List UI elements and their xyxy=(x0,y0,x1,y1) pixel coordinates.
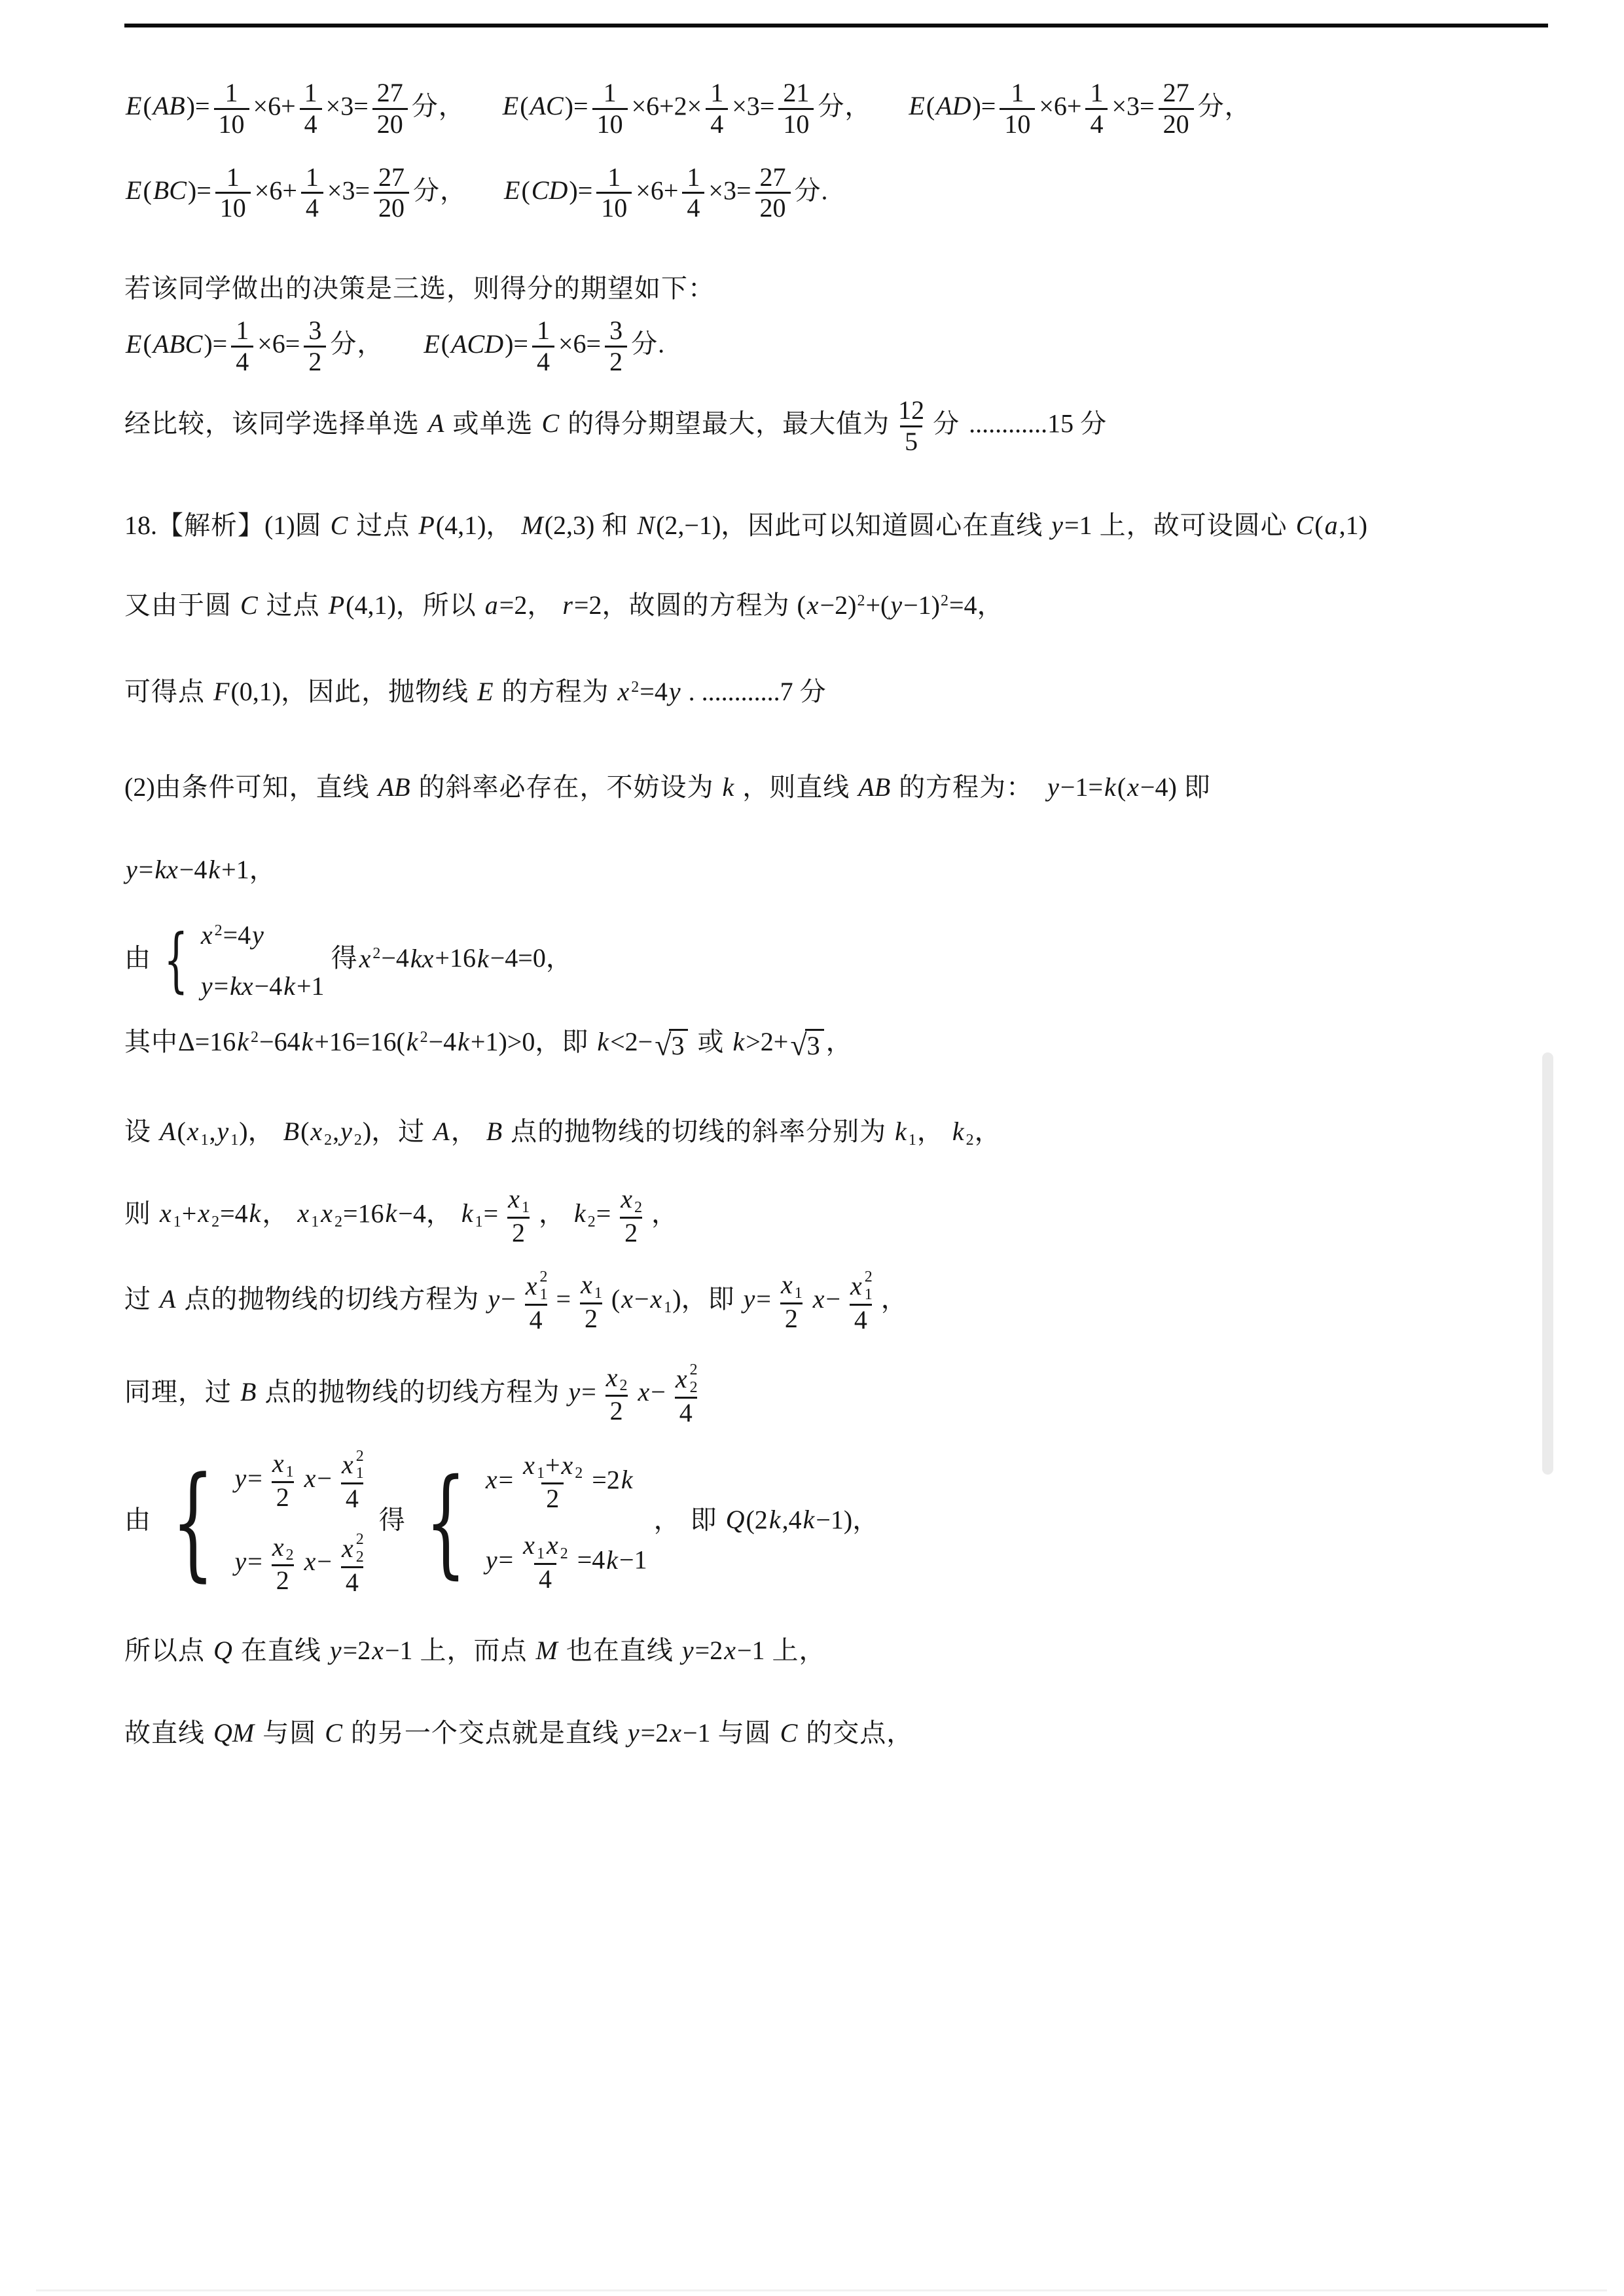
text-run: ，因此可以知道圆心在直线 xyxy=(721,511,1050,540)
math-number: 20 xyxy=(377,109,403,139)
math-number: 1 xyxy=(304,78,317,107)
fraction: 14 xyxy=(301,163,323,224)
math-number: = xyxy=(247,1463,262,1493)
math-number: −1 xyxy=(619,1545,647,1575)
math-variable: k xyxy=(207,855,221,884)
math-variable: y xyxy=(329,1636,343,1665)
math-number: −4 xyxy=(381,944,409,973)
text-run: 所以点 xyxy=(124,1636,212,1665)
math-number: ) xyxy=(672,1284,681,1314)
text-run: 分 xyxy=(933,408,960,438)
fraction-denominator: 20 xyxy=(755,192,791,223)
math-number: (4,1) xyxy=(436,511,486,540)
math-number: = xyxy=(214,971,229,1001)
math-variable: x xyxy=(340,1534,355,1564)
sub-sup-stack: x22 xyxy=(674,1361,698,1397)
superscript: 2 xyxy=(356,1531,364,1549)
math-number: )= xyxy=(565,91,588,120)
fraction-numerator: 27 xyxy=(374,163,409,192)
text-run: ， xyxy=(977,590,1004,620)
math-number: − xyxy=(317,1547,332,1576)
math-number: ,4 xyxy=(782,1505,802,1534)
math-number: ( xyxy=(441,329,450,359)
math-variable: a xyxy=(1324,511,1339,540)
fraction-denominator: 4 xyxy=(525,1304,547,1335)
text-run: 分 xyxy=(818,91,844,120)
fraction-denominator: 2 xyxy=(780,1302,803,1334)
math-number: −1) xyxy=(903,590,940,620)
math-number: =2 xyxy=(343,1636,371,1665)
text-run: 点的抛物线的切线的斜率分别为 xyxy=(503,1117,893,1146)
text-run: ，故圆的方程为 xyxy=(602,590,797,620)
text-run: 分 xyxy=(412,91,439,120)
equation-system: {y=x12x−x214y=x22x−x224 xyxy=(154,1448,372,1598)
fraction-denominator: 4 xyxy=(534,1563,556,1594)
fraction-numerator: 1 xyxy=(599,79,621,108)
fraction-numerator: x1 xyxy=(502,1185,535,1217)
superscript: 2 xyxy=(865,1268,873,1286)
math-variable: QM xyxy=(212,1718,255,1748)
math-variable: x xyxy=(200,920,214,950)
math-number: − xyxy=(634,1284,649,1314)
fraction: 2720 xyxy=(374,163,409,224)
math-number: ×3= xyxy=(1111,91,1154,120)
math-variable: A xyxy=(432,1117,450,1146)
subscript: 1 xyxy=(794,1285,803,1302)
math-number: ×6+ xyxy=(253,91,296,120)
math-variable: x xyxy=(780,1270,794,1299)
math-number: −4=0 xyxy=(490,944,546,973)
text-run: 上，故可设圆心 xyxy=(1092,511,1295,540)
text-run: ，则直线 xyxy=(735,772,857,802)
math-number: 1 xyxy=(1090,78,1103,107)
system-row: y=x1x24=4k−1 xyxy=(484,1531,647,1594)
math-number: ) xyxy=(363,1117,371,1146)
fraction: 14 xyxy=(231,316,253,377)
math-number: 20 xyxy=(378,193,405,223)
math-variable: CD xyxy=(530,175,569,205)
math-variable: F xyxy=(212,677,230,706)
fraction-denominator: 2 xyxy=(304,346,326,377)
text-run: 设 xyxy=(124,1117,158,1146)
fraction-denominator: 10 xyxy=(592,108,628,139)
math-number: 1 xyxy=(710,78,723,107)
fraction-numerator: 27 xyxy=(372,79,408,108)
text-run: ， xyxy=(852,1505,879,1534)
subscript: 2 xyxy=(356,1549,364,1566)
math-variable: BC xyxy=(152,175,188,205)
subscript: 1 xyxy=(594,1285,603,1302)
fraction-denominator: 4 xyxy=(675,1397,697,1428)
math-number: =4 xyxy=(220,1198,248,1228)
math-variable: x xyxy=(812,1284,826,1314)
math-variable: M xyxy=(520,511,544,540)
math-number: −4 xyxy=(398,1198,426,1228)
left-brace-icon: { xyxy=(171,1467,215,1578)
fraction-denominator: 4 xyxy=(682,192,704,223)
math-number: = xyxy=(596,1198,611,1228)
math-number: 4 xyxy=(1090,109,1103,139)
math-variable: x xyxy=(806,590,820,620)
math-number: =2 xyxy=(499,590,528,620)
math-number: −4 xyxy=(255,971,283,1001)
math-variable: x xyxy=(522,1530,536,1560)
text-run: 其中 xyxy=(124,1027,178,1056)
text-run: ， xyxy=(826,1027,853,1056)
subscript: 1 xyxy=(908,1132,917,1149)
math-variable: N xyxy=(636,511,656,540)
math-number: =2 xyxy=(695,1636,723,1665)
math-number: +1)>0 xyxy=(471,1027,535,1056)
fraction: x214 xyxy=(844,1268,877,1335)
math-variable: k xyxy=(300,1027,315,1056)
math-number: ,1) xyxy=(1339,511,1367,540)
radicand: 3 xyxy=(669,1029,688,1060)
math-number: 1 xyxy=(306,162,319,192)
math-variable: B xyxy=(239,1377,257,1407)
radical: √3 xyxy=(790,1029,823,1060)
text-run: 分 xyxy=(1198,91,1225,120)
math-number: (4,1) xyxy=(346,590,396,620)
text-run: 的另一个交点就是直线 xyxy=(344,1718,626,1748)
math-number: = xyxy=(139,855,154,884)
sub-sup-stack: x22 xyxy=(340,1531,364,1566)
subscript: 1 xyxy=(285,1463,295,1480)
fraction-numerator: x1 xyxy=(775,1270,808,1302)
fraction: 14 xyxy=(1085,79,1108,139)
fraction: x22 xyxy=(615,1185,647,1247)
math-number: =4 xyxy=(223,920,251,950)
fraction-denominator: 10 xyxy=(596,192,632,223)
math-number: + xyxy=(545,1450,560,1480)
fraction-numerator: 3 xyxy=(304,316,326,346)
math-number: 5 xyxy=(905,427,918,456)
subscript: 1 xyxy=(173,1213,182,1230)
text-run: 过点 xyxy=(259,590,327,620)
subscript: 2 xyxy=(211,1213,220,1230)
fraction-denominator: 2 xyxy=(580,1302,602,1334)
text-run: 则 xyxy=(124,1198,158,1228)
text-run: ， xyxy=(262,1198,296,1228)
fraction: 125 xyxy=(893,396,929,457)
vieta-relations: 则 x1+x2=4k， x1x2=16k−4， k1=x12， k2=x22， xyxy=(124,1185,1578,1247)
discriminant-line: 其中Δ=16k2−64k+16=16(k2−4k+1)>0，即 k<2−√3 或… xyxy=(124,1025,1578,1060)
math-number: + xyxy=(182,1198,197,1228)
math-number: 10 xyxy=(601,193,627,223)
vertical-scrollbar-thumb[interactable] xyxy=(1542,1052,1553,1475)
text-run: ， xyxy=(881,1284,908,1314)
math-number: <2− xyxy=(610,1027,653,1056)
text-run: 由 xyxy=(124,944,151,973)
fraction-numerator: x2 xyxy=(266,1533,299,1565)
math-variable: AB xyxy=(857,772,892,802)
math-number: >2+ xyxy=(746,1027,788,1056)
text-run: 的交点， xyxy=(799,1718,913,1748)
math-number: −4 xyxy=(429,1027,457,1056)
math-variable: k xyxy=(236,1027,250,1056)
system-row: y=x22x−x224 xyxy=(234,1531,372,1598)
fraction-numerator: x1 xyxy=(575,1270,607,1302)
problem18-part2-line1: (2)由条件可知，直线 AB 的斜率必存在，不妨设为 k ，则直线 AB 的方程… xyxy=(124,770,1578,804)
math-number: +1 xyxy=(221,855,249,884)
math-variable: B xyxy=(282,1117,300,1146)
math-number: ( xyxy=(177,1117,185,1146)
fraction-numerator: 1 xyxy=(603,163,625,192)
math-number: 4 xyxy=(346,1568,359,1597)
math-number: 3 xyxy=(609,315,623,345)
math-number: ， xyxy=(844,91,871,120)
math-variable: E xyxy=(503,175,521,205)
math-number: . ............7 xyxy=(682,677,800,706)
superscript: 2 xyxy=(420,1029,429,1046)
expectation-pair-row-2: E(BC)=110×6+14×3=2720分，E(CD)=110×6+14×3=… xyxy=(124,163,1578,224)
text-run: 分 xyxy=(795,175,821,205)
math-variable: Q xyxy=(725,1505,746,1534)
math-variable: y xyxy=(251,920,265,950)
math-variable: a xyxy=(484,590,499,620)
fraction-denominator: 10 xyxy=(215,192,251,223)
fraction: x12 xyxy=(775,1270,808,1333)
math-variable: AD xyxy=(935,91,972,120)
fraction-numerator: 1 xyxy=(1006,79,1028,108)
fraction-numerator: 3 xyxy=(605,316,627,346)
subscript: 1 xyxy=(230,1132,239,1149)
math-variable: x xyxy=(358,944,372,973)
fraction: 2720 xyxy=(1159,79,1194,139)
math-number: Δ=16 xyxy=(178,1027,236,1056)
expectation-pair-row-1: E(AB)=110×6+14×3=2720分，E(AC)=110×6+2×14×… xyxy=(124,79,1578,139)
math-number: ( xyxy=(611,1284,620,1314)
text-run: ， xyxy=(546,944,573,973)
superscript: 2 xyxy=(940,592,949,609)
math-number: 4 xyxy=(304,109,317,139)
math-variable: x xyxy=(484,1465,499,1494)
math-variable: x xyxy=(309,1117,323,1146)
subscript: 1 xyxy=(475,1213,484,1230)
system-rows: x2=4yy=kx−4k+1 xyxy=(200,918,325,1003)
math-number: 12 xyxy=(898,395,924,425)
substitution-system: 由{x2=4yy=kx−4k+1得x2−4kx+16k−4=0， xyxy=(124,918,1578,1003)
math-variable: E xyxy=(501,91,520,120)
math-number: = xyxy=(581,1377,596,1407)
fraction-denominator: 2 xyxy=(605,346,627,377)
fraction-numerator: x1+x2 xyxy=(517,1451,588,1483)
math-variable: k xyxy=(768,1505,782,1534)
subscript: 2 xyxy=(634,1199,643,1216)
math-number: ( xyxy=(1117,772,1126,802)
fraction: x22 xyxy=(600,1363,633,1426)
math-variable: k xyxy=(456,1027,471,1056)
equation-system: {x2=4yy=kx−4k+1 xyxy=(154,918,325,1003)
fraction: x1x24 xyxy=(517,1531,573,1594)
math-number: (0,1) xyxy=(230,677,281,706)
fraction-numerator: x1 xyxy=(266,1449,299,1481)
math-number: 10 xyxy=(783,109,809,139)
math-variable: k xyxy=(721,772,736,802)
sub-sup-stack: x21 xyxy=(340,1448,364,1483)
text-run: 由 xyxy=(124,1505,151,1534)
fraction-numerator: 1 xyxy=(231,316,253,346)
fraction: 110 xyxy=(1000,79,1035,139)
math-variable: k xyxy=(1103,772,1117,802)
system-row: x=x1+x22=2k xyxy=(484,1451,634,1514)
page-bottom-rule xyxy=(36,2289,1607,2291)
math-number: ( xyxy=(521,175,530,205)
math-number: 4 xyxy=(346,1484,359,1513)
math-number: )= xyxy=(188,175,211,205)
math-variable: y xyxy=(234,1547,248,1576)
math-number: 4 xyxy=(854,1305,867,1335)
math-variable: x xyxy=(303,1463,317,1493)
fraction: 2720 xyxy=(372,79,408,139)
text-run: 分 xyxy=(1080,408,1107,438)
math-variable: AB xyxy=(377,772,412,802)
math-number: ) xyxy=(239,1117,247,1146)
math-variable: A xyxy=(158,1284,177,1314)
math-number: ×6+ xyxy=(255,175,297,205)
math-variable: k xyxy=(620,1465,634,1494)
math-number: = xyxy=(484,1198,499,1228)
math-number: 1 xyxy=(537,315,550,345)
text-run: 过点 xyxy=(349,511,417,540)
radicand: 3 xyxy=(805,1029,824,1060)
text-run: ， xyxy=(917,1117,951,1146)
text-run: 或 xyxy=(690,1027,731,1056)
math-number: 4 xyxy=(679,1398,693,1427)
fraction-numerator: x2 xyxy=(600,1363,633,1395)
fraction-numerator: x2 xyxy=(615,1185,647,1217)
fraction-denominator: 10 xyxy=(214,108,249,139)
fraction-numerator: x21 xyxy=(844,1268,877,1304)
math-number: ， xyxy=(1225,91,1251,120)
text-run: ，过 xyxy=(371,1117,432,1146)
math-variable: E xyxy=(124,329,143,359)
fraction-numerator: 27 xyxy=(1159,79,1194,108)
superscript: 2 xyxy=(372,945,381,962)
math-number: 2 xyxy=(276,1566,289,1595)
superscript: 2 xyxy=(214,922,223,939)
math-number: =16 xyxy=(343,1198,384,1228)
math-number: 10 xyxy=(219,109,245,139)
math-number: 18. xyxy=(124,511,157,540)
fraction-numerator: x22 xyxy=(670,1361,702,1397)
text-run: 故直线 xyxy=(124,1718,212,1748)
fraction-numerator: x21 xyxy=(520,1268,552,1304)
script-stack: 22 xyxy=(690,1361,698,1397)
system-row: x2=4y xyxy=(200,918,265,952)
math-variable: y xyxy=(339,1117,353,1146)
text-run: 分 xyxy=(800,677,827,706)
text-run: 点的抛物线的切线方程为 xyxy=(177,1284,486,1314)
subscript: 2 xyxy=(353,1132,363,1149)
math-variable: k xyxy=(893,1117,908,1146)
math-number: =2 xyxy=(592,1465,620,1494)
math-number: ×3= xyxy=(326,91,369,120)
math-number: 3 xyxy=(308,315,321,345)
fraction-numerator: 1 xyxy=(1085,79,1108,108)
math-number: +16=16( xyxy=(314,1027,405,1056)
problem18-part1-line1: 18.【解析】(1)圆 C 过点 P(4,1)， M(2,3) 和 N(2,−1… xyxy=(124,509,1578,543)
subscript: 1 xyxy=(536,1545,545,1562)
subscript: 2 xyxy=(619,1377,628,1394)
fraction-denominator: 2 xyxy=(272,1481,294,1513)
math-number: 1 xyxy=(604,78,617,107)
math-number: )= xyxy=(187,91,210,120)
text-run: 又由于圆 xyxy=(124,590,239,620)
subscript: 1 xyxy=(536,1465,545,1482)
math-number: 4 xyxy=(687,193,700,223)
math-number: ( xyxy=(1314,511,1323,540)
math-number: 2 xyxy=(512,1218,525,1247)
text-run: ， xyxy=(249,855,276,884)
subscript: 2 xyxy=(285,1547,295,1564)
math-number: 1 xyxy=(607,162,621,192)
superscript: 2 xyxy=(540,1268,548,1286)
text-run: 即 xyxy=(691,1505,725,1534)
solution-text-body: E(AB)=110×6+14×3=2720分，E(AC)=110×6+2×14×… xyxy=(0,0,1624,1750)
fraction-denominator: 4 xyxy=(300,108,322,139)
math-number: 2 xyxy=(276,1482,289,1512)
text-run: 若该同学做出的决策是三选，则得分的期望如下： xyxy=(124,274,715,303)
math-number: 2 xyxy=(609,347,623,376)
math-number: . xyxy=(658,329,664,359)
math-number: )= xyxy=(505,329,528,359)
math-number: 1 xyxy=(1011,78,1024,107)
math-variable: y xyxy=(1046,772,1060,802)
math-number: 21 xyxy=(783,78,809,107)
math-number: 1 xyxy=(236,315,249,345)
math-variable: x xyxy=(196,1198,211,1228)
text-run: 可得点 xyxy=(124,677,212,706)
math-number: ， xyxy=(439,91,465,120)
math-number: = xyxy=(499,1465,514,1494)
subscript: 1 xyxy=(200,1132,209,1149)
math-number: 4 xyxy=(537,347,550,376)
fraction-denominator: 10 xyxy=(1000,108,1035,139)
fraction-numerator: 12 xyxy=(893,396,929,425)
math-number: ×3= xyxy=(327,175,370,205)
math-variable: E xyxy=(907,91,926,120)
problem18-part1-line2: 又由于圆 C 过点 P(4,1)，所以 a=2， r=2，故圆的方程为 (x−2… xyxy=(124,588,1578,622)
superscript: 2 xyxy=(690,1361,698,1379)
math-number: −1) xyxy=(816,1505,852,1534)
math-variable: r xyxy=(561,590,574,620)
math-number: , xyxy=(333,1117,339,1146)
text-run: 分 xyxy=(413,175,440,205)
equation-system: {x=x1+x22=2ky=x1x24=4k−1 xyxy=(408,1451,647,1594)
math-variable: x xyxy=(619,1184,634,1213)
subscript: 2 xyxy=(587,1213,596,1230)
fraction-numerator: 1 xyxy=(222,163,244,192)
math-variable: x xyxy=(605,1363,619,1392)
math-number: ， xyxy=(357,329,383,359)
subscript: 2 xyxy=(560,1545,569,1562)
fraction-numerator: 1 xyxy=(221,79,243,108)
math-number: ×3= xyxy=(732,91,774,120)
math-number: −2) xyxy=(820,590,857,620)
left-brace-icon: { xyxy=(425,1469,466,1575)
system-rows: x=x1+x22=2ky=x1x24=4k−1 xyxy=(484,1451,647,1594)
fraction: x12 xyxy=(266,1449,299,1512)
math-variable: y xyxy=(486,1284,501,1314)
math-variable: x xyxy=(319,1198,334,1228)
subscript: 1 xyxy=(356,1465,364,1482)
math-number: −1= xyxy=(1060,772,1103,802)
script-stack: 21 xyxy=(356,1448,364,1483)
math-variable: C xyxy=(239,590,259,620)
math-variable: kx xyxy=(228,971,255,1001)
text-run: 和 xyxy=(594,511,636,540)
